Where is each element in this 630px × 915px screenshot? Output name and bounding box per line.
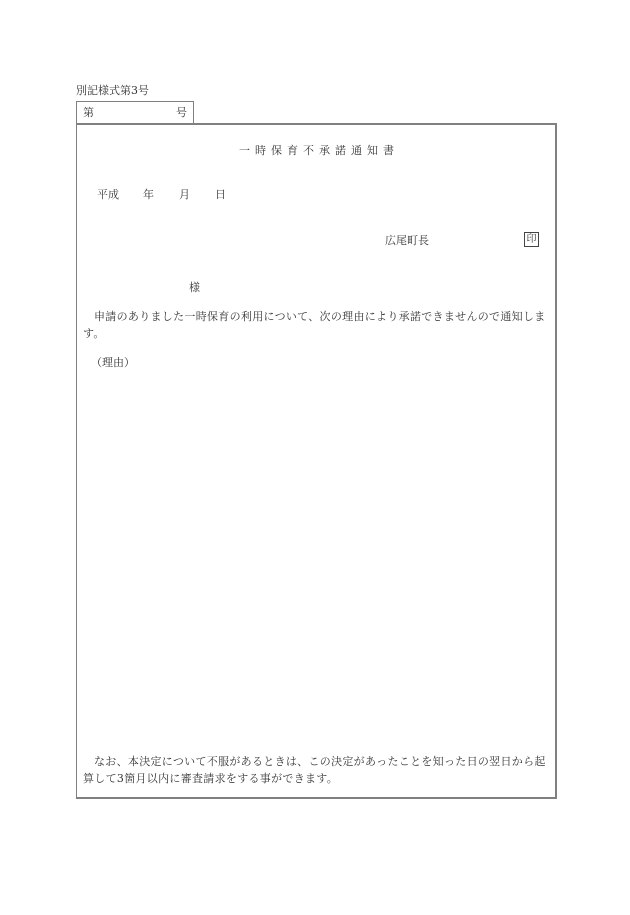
issue-date: 平成年月日 [83,174,226,216]
reason-field [83,375,549,745]
number-prefix: 第 [83,106,94,120]
notice-body: 申請のありました一時保育の利用について、次の理由により承諾できませんので通知しま… [83,308,549,342]
document-number-box: 第 号 [76,101,194,123]
date-day-label: 日 [215,188,226,202]
date-year-label: 年 [143,188,179,202]
seal-stamp-icon: 印 [524,232,539,247]
number-suffix: 号 [176,106,187,120]
notice-form: 一時保育不承諾通知書 平成年月日 広尾町長 印 様 申請のありました一時保育の利… [76,123,557,799]
date-era: 平成 [97,188,143,202]
issuer-name: 広尾町長 [385,234,429,248]
recipient-honorific: 様 [189,281,200,295]
date-month-label: 月 [179,188,215,202]
document-title: 一時保育不承諾通知書 [77,144,555,158]
form-identifier: 別記様式第3号 [76,84,149,98]
appeal-notice: なお、本決定について不服があるときは、この決定があったことを知った日の翌日から起… [83,753,549,787]
reason-label: （理由） [91,356,135,370]
